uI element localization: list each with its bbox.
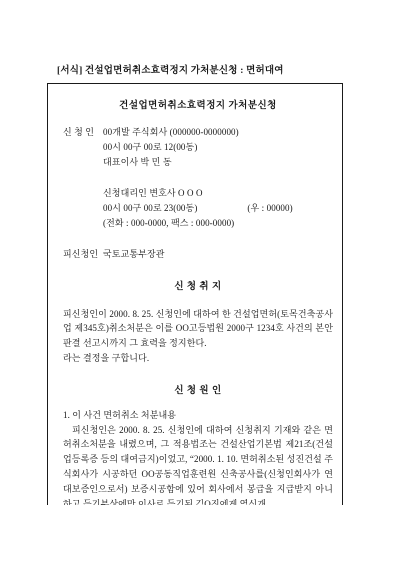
attorney-block: 신청대리인 변호사 O O O 00시 00구 00로 23(00동) (우 :… xyxy=(103,186,333,230)
applicant-representative: 대표이사 박 민 동 xyxy=(103,155,333,170)
purport-heading: 신 청 취 지 xyxy=(63,278,333,292)
grounds-item1-title: 1. 이 사건 면허취소 처분내용 xyxy=(63,408,333,423)
attorney-address: 00시 00구 00로 23(00동) xyxy=(103,201,197,216)
applicant-details: 00개발 주식회사 (000000-0000000) 00시 00구 00로 1… xyxy=(103,125,333,169)
respondent-label: 피신청인 xyxy=(63,247,103,262)
purport-body: 피신청인이 2000. 8. 25. 신청인에 대하여 한 건설업면허(토목건축… xyxy=(63,307,333,351)
grounds-heading: 신 청 원 인 xyxy=(63,382,333,396)
attorney-name-line: 신청대리인 변호사 O O O xyxy=(103,186,333,201)
applicant-label: 신 청 인 xyxy=(63,125,103,140)
document-title: 건설업면허취소효력정지 가처분신청 xyxy=(63,97,333,111)
purport-closing: 라는 결정을 구합니다. xyxy=(63,351,333,366)
applicant-address: 00시 00구 00로 12(00동) xyxy=(103,140,333,155)
respondent-row: 피신청인 국토교통부장관 xyxy=(63,247,333,262)
applicant-row: 신 청 인 00개발 주식회사 (000000-0000000) 00시 00구… xyxy=(63,125,333,169)
document-border-box: 건설업면허취소효력정지 가처분신청 신 청 인 00개발 주식회사 (00000… xyxy=(47,83,343,505)
grounds-item1-body: 피신청인은 2000. 8. 25. 신청인에 대하여 신청취지 기재와 같은 … xyxy=(63,423,333,505)
respondent-name: 국토교통부장관 xyxy=(103,247,333,262)
form-header-label: [서식] 건설업면허취소효력정지 가처분신청 : 면허대여 xyxy=(57,62,284,76)
applicant-name: 00개발 주식회사 (000000-0000000) xyxy=(103,125,333,140)
attorney-address-row: 00시 00구 00로 23(00동) (우 : 00000) xyxy=(103,201,333,216)
attorney-phone-fax: (전화 : 000-0000, 팩스 : 000-0000) xyxy=(103,216,333,231)
document-page: [서식] 건설업면허취소효력정지 가처분신청 : 면허대여 건설업면허취소효력정… xyxy=(0,0,400,565)
attorney-zip: (우 : 00000) xyxy=(247,201,292,216)
